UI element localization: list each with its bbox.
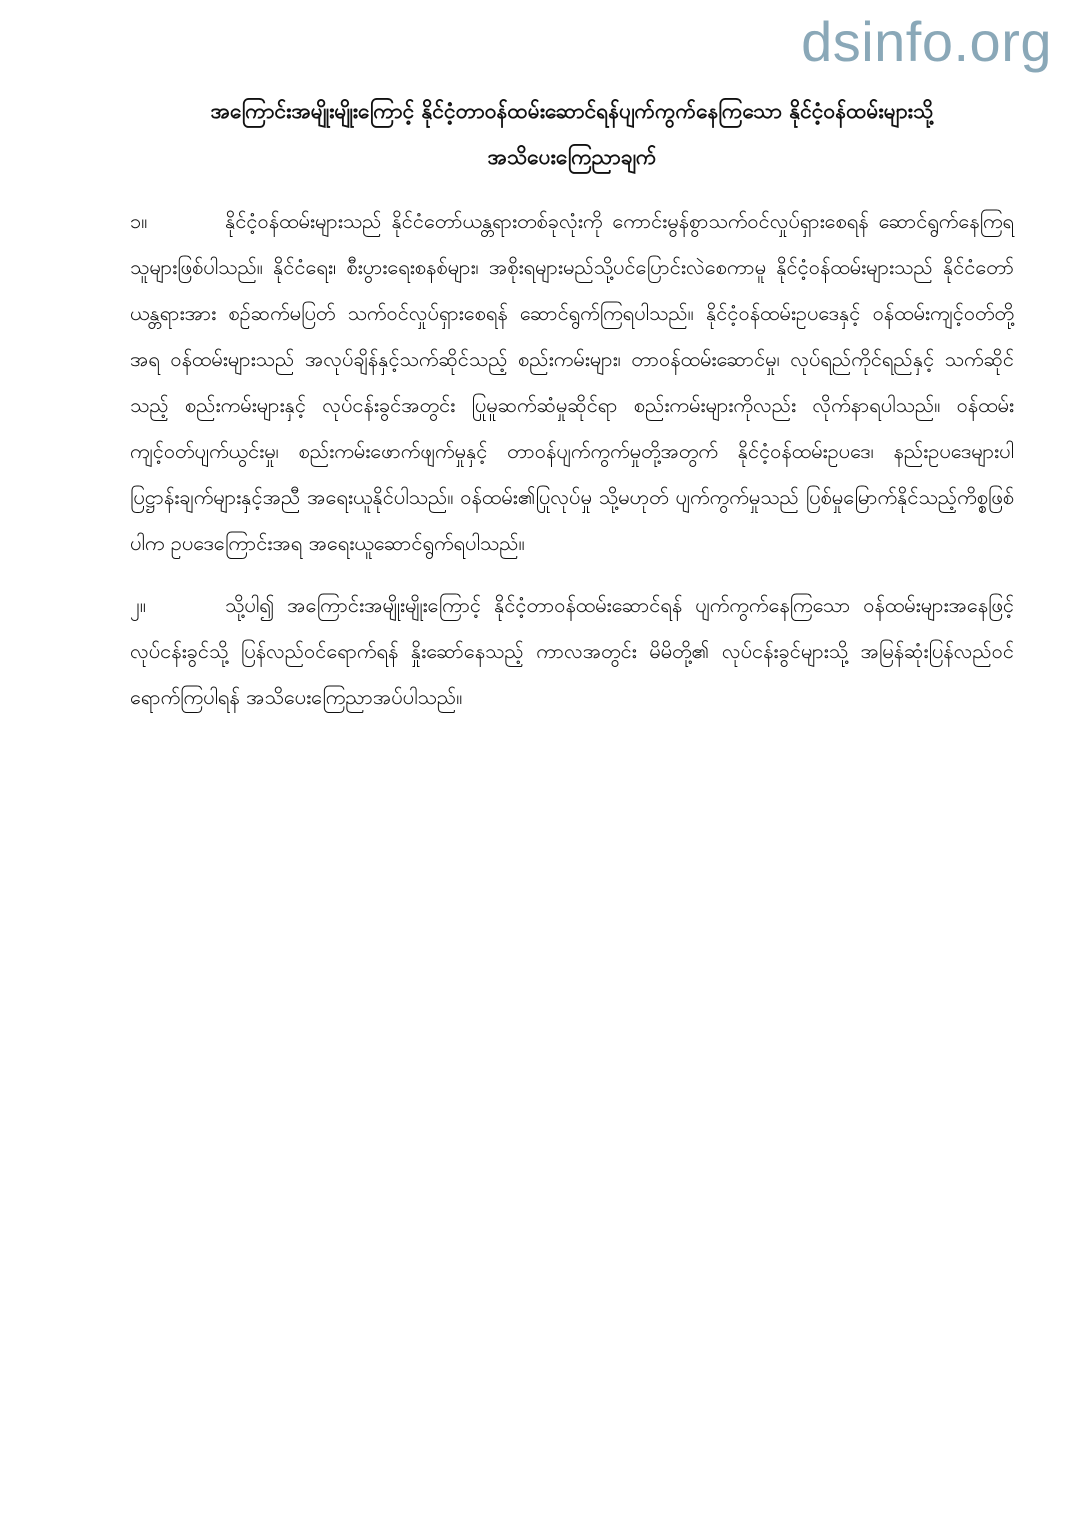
paragraph-1: ၁။နိုင်ငံ့ဝန်ထမ်းများသည် နိုင်ငံတော်ယန္တ…: [130, 198, 1014, 566]
paragraph-text: နိုင်ငံ့ဝန်ထမ်းများသည် နိုင်ငံတော်ယန္တရာ…: [130, 209, 1014, 555]
title-line-1: အကြောင်းအမျိုးမျိုးကြောင့် နိုင်ငံ့တာဝန်…: [130, 88, 1014, 134]
watermark-logo: dsinfo.org: [801, 14, 1052, 70]
paragraph-number: ၁။: [130, 198, 225, 244]
title-line-2: အသိပေးကြေညာချက်: [130, 134, 1014, 180]
paragraph-2: ၂။သို့ပါ၍ အကြောင်းအမျိုးမျိုးကြောင့် နို…: [130, 582, 1014, 720]
paragraph-text: သို့ပါ၍ အကြောင်းအမျိုးမျိုးကြောင့် နိုင်…: [130, 593, 1014, 709]
document-title: အကြောင်းအမျိုးမျိုးကြောင့် နိုင်ငံ့တာဝန်…: [130, 88, 1014, 180]
paragraph-number: ၂။: [130, 582, 225, 628]
document-page: အကြောင်းအမျိုးမျိုးကြောင့် နိုင်ငံ့တာဝန်…: [130, 88, 1014, 736]
